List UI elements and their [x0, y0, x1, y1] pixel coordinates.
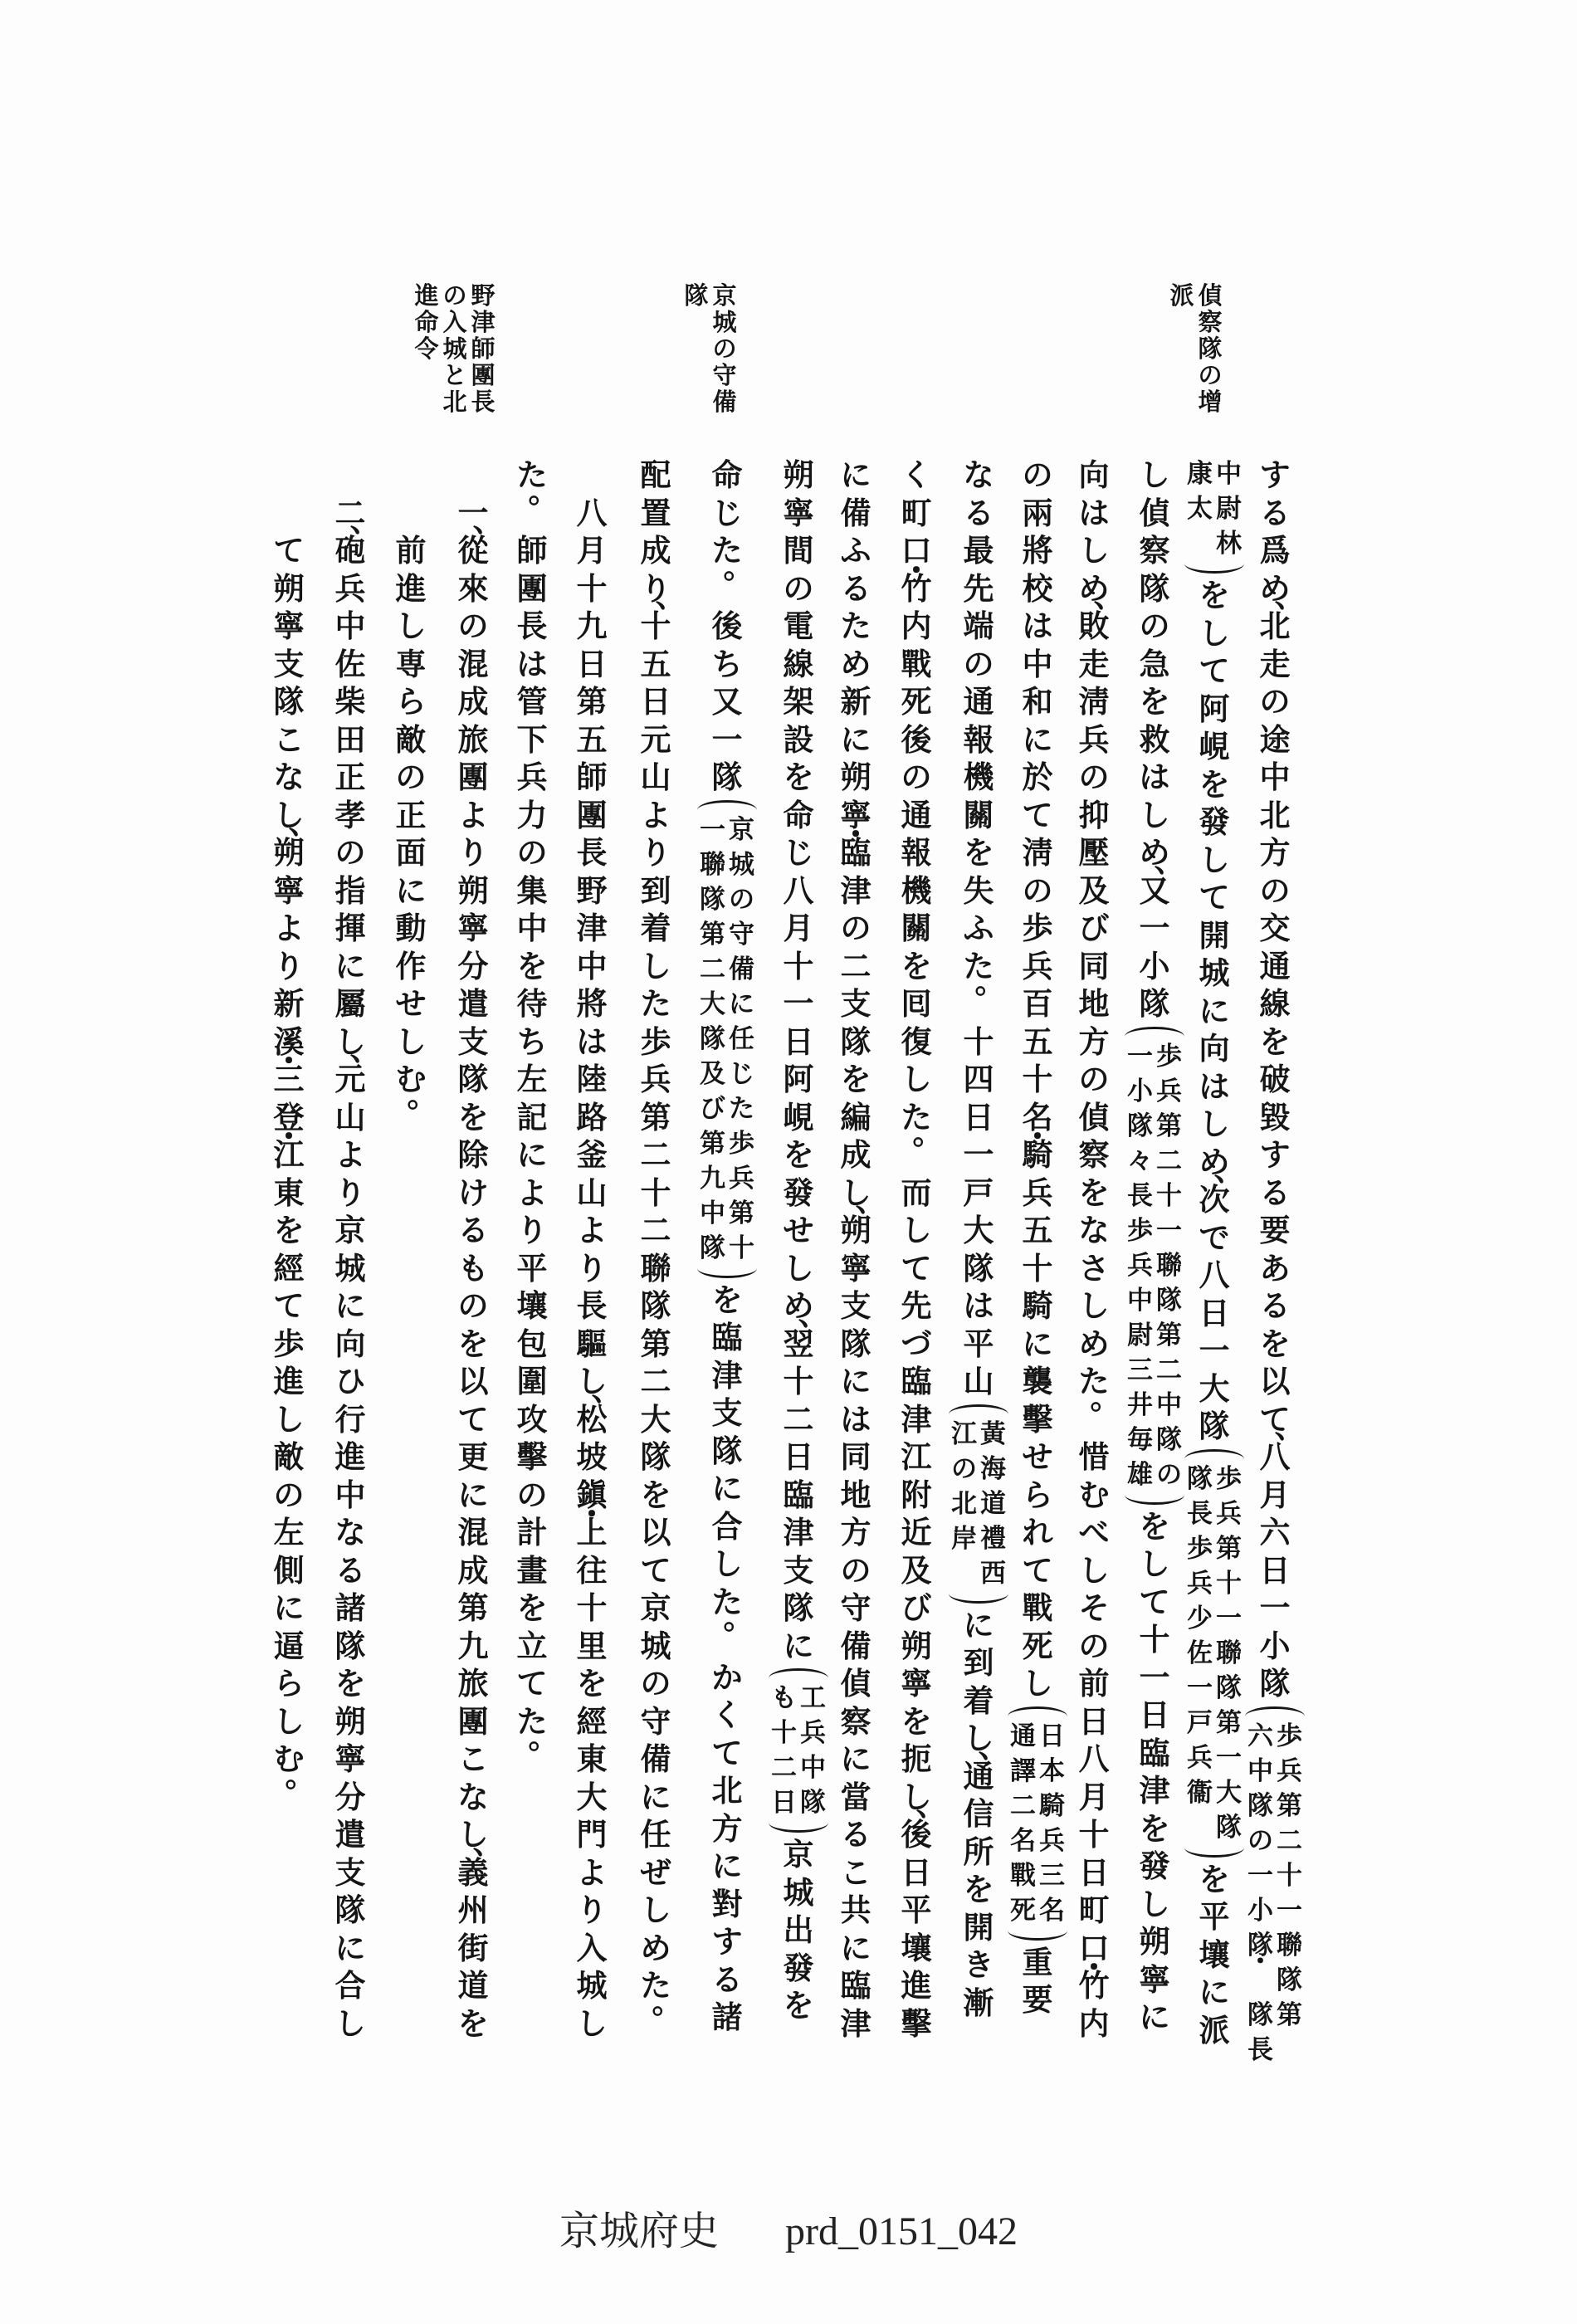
glyph: よ	[575, 1212, 608, 1250]
margin-heading-line: 進命令	[413, 282, 441, 415]
glyph: 備	[639, 1741, 672, 1779]
glyph: 經	[575, 1703, 608, 1741]
glyph: 町	[1077, 1892, 1111, 1930]
glyph: 一	[1138, 1659, 1171, 1697]
full-stop-mark: 。	[284, 1757, 317, 1795]
glyph: 隊	[1186, 1462, 1214, 1496]
glyph: 一	[1247, 1858, 1275, 1893]
glyph: 平	[515, 1250, 549, 1288]
glyph: 中	[1126, 1283, 1155, 1318]
glyph: 死	[1021, 1628, 1054, 1666]
glyph: 派	[1198, 2012, 1231, 2050]
glyph: 一	[962, 1136, 995, 1174]
margin-heading-line: 派	[1168, 282, 1196, 415]
glyph: 第	[575, 683, 608, 721]
glyph: 聯	[699, 847, 727, 882]
glyph: 長	[1186, 1496, 1214, 1531]
glyph: 命	[413, 309, 440, 335]
glyph: 譯	[1009, 1754, 1037, 1789]
glyph: 將	[1021, 532, 1054, 570]
glyph: 開	[1198, 917, 1231, 955]
glyph: 兵	[728, 1161, 756, 1196]
glyph: る	[839, 1816, 872, 1854]
glyph: 戸	[1186, 1706, 1214, 1741]
full-stop-mark: 。	[722, 1599, 755, 1638]
glyph: 江	[950, 1417, 979, 1452]
glyph: 阿	[782, 1061, 815, 1099]
glyph: 中	[515, 910, 549, 948]
glyph: 報	[900, 834, 933, 872]
glyph: の	[1155, 1457, 1184, 1492]
glyph: 東	[575, 1741, 608, 1779]
glyph: の	[456, 1287, 490, 1326]
glyph: 小	[1126, 1074, 1155, 1109]
margin-heading-line: 偵察隊の增	[1196, 282, 1224, 415]
glyph: 二	[1155, 1353, 1184, 1388]
glyph: の	[442, 282, 468, 309]
glyph: 中	[699, 1196, 727, 1231]
glyph: を	[962, 834, 995, 872]
glyph: し	[900, 1061, 933, 1099]
glyph: は	[575, 1023, 608, 1062]
glyph: 第	[639, 1099, 672, 1137]
glyph: 内	[1077, 2005, 1111, 2043]
glyph: 陸	[575, 1061, 608, 1099]
glyph: 通	[962, 683, 995, 721]
glyph: 兵	[1077, 721, 1111, 759]
body-text: し偵察隊の急を救はしめ、又一小隊	[1138, 456, 1171, 1023]
glyph: 臨	[900, 1363, 933, 1401]
glyph: 野	[470, 282, 496, 309]
glyph: 長	[515, 608, 549, 646]
glyph: 隊	[1247, 1789, 1275, 1824]
glyph: 井	[1126, 1388, 1155, 1423]
glyph: 報	[962, 721, 995, 759]
margin-heading-scout-reinforcement: 偵察隊の增 派	[1168, 282, 1224, 415]
glyph: 聯	[639, 1250, 672, 1288]
glyph: し	[639, 948, 672, 986]
glyph: 十	[1021, 1061, 1054, 1099]
glyph: 康	[1186, 456, 1214, 491]
glyph: 附	[900, 1477, 933, 1515]
full-stop-mark: 。	[911, 1115, 945, 1153]
glyph: 成	[456, 683, 490, 721]
glyph: て	[1198, 652, 1231, 691]
glyph: 峴	[782, 1099, 815, 1137]
glyph: 復	[900, 1023, 933, 1062]
glyph: 釜	[575, 1136, 608, 1174]
glyph: 共	[839, 1892, 872, 1930]
body-text: 京城出發を	[782, 1836, 815, 2025]
glyph: に	[1021, 721, 1054, 759]
glyph: 機	[900, 872, 933, 911]
glyph: 任	[639, 1816, 672, 1854]
glyph: 指	[334, 872, 367, 911]
glyph: 歩	[1215, 1462, 1243, 1496]
glyph: 朔	[900, 1628, 933, 1666]
glyph: 九	[575, 608, 608, 646]
glyph: 第	[1276, 1789, 1304, 1824]
glyph: は	[1021, 608, 1054, 646]
glyph: 着	[962, 1682, 995, 1721]
glyph: 中	[1258, 759, 1291, 797]
glyph: 發	[1198, 803, 1231, 842]
glyph: 隊	[699, 1231, 727, 1266]
glyph: を	[456, 1099, 490, 1137]
glyph: 通	[1258, 948, 1291, 986]
glyph: 津	[839, 872, 872, 911]
glyph: 偵	[1138, 495, 1171, 533]
annotation-line-right: 京城の守備に任じた歩兵第十	[727, 813, 756, 1266]
glyph: 後	[900, 721, 933, 759]
list-item-2-continuation: て朔寧支隊こなし、朔寧より新溪・三登・江東を經て歩進し敵の左側に逼らしむ。	[256, 532, 322, 1816]
glyph: 隊	[710, 1433, 744, 1471]
glyph: ち	[515, 1023, 549, 1062]
glyph: 偵	[1077, 1099, 1111, 1137]
glyph: 混	[456, 1514, 490, 1552]
glyph: 隊	[962, 1250, 995, 1288]
glyph: の	[962, 646, 995, 684]
glyph: を	[710, 1282, 744, 1320]
glyph: か	[710, 1659, 744, 1697]
glyph: 隊	[1215, 1671, 1243, 1706]
glyph: て	[1138, 1584, 1171, 1622]
glyph: の	[456, 608, 490, 646]
glyph: 歩	[1126, 1213, 1155, 1248]
glyph: し	[1198, 1106, 1231, 1144]
glyph: 二	[1009, 1789, 1037, 1824]
glyph: よ	[639, 797, 672, 835]
annotation-line-left: 隊長歩兵少佐一戸兵衞	[1185, 1462, 1214, 1845]
body-text: 重要	[1021, 1944, 1054, 2019]
glyph: に	[456, 1477, 490, 1515]
glyph: じ	[782, 834, 815, 872]
glyph: 死	[1009, 1893, 1037, 1928]
annotation-line-left: 通譯二名戰死	[1008, 1719, 1037, 1928]
glyph: ふ	[839, 532, 872, 570]
glyph: 第	[1155, 1318, 1184, 1353]
inline-annotation: 歩兵第十一聯隊第一大隊 隊長歩兵少佐一戸兵衞	[1184, 1449, 1244, 1858]
glyph: に	[710, 1470, 744, 1508]
glyph: 々	[1126, 1144, 1155, 1179]
body-text: を臨津支隊に合した。かくて北方に對する諸	[710, 1282, 744, 2037]
glyph: 兵	[1186, 1566, 1214, 1601]
glyph: 支	[272, 646, 305, 684]
glyph: 中	[1247, 1754, 1275, 1789]
glyph: を	[782, 1987, 815, 2025]
glyph: 衞	[1186, 1775, 1214, 1810]
glyph: 兵	[1038, 1824, 1067, 1858]
glyph: 八	[1198, 1257, 1231, 1295]
glyph: 月	[1077, 1779, 1111, 1817]
glyph: 側	[272, 1552, 305, 1590]
glyph: 架	[782, 683, 815, 721]
glyph: 津	[900, 1401, 933, 1439]
glyph: 黃	[979, 1417, 1008, 1452]
glyph: 平	[1198, 1898, 1231, 1936]
glyph: 偵	[839, 1665, 872, 1703]
glyph: 三	[1038, 1858, 1067, 1893]
glyph: に	[515, 1136, 549, 1174]
glyph: の	[1247, 1824, 1275, 1858]
glyph: 寧	[334, 1741, 367, 1779]
glyph: 而	[900, 1174, 933, 1213]
margin-heading-line: 京城の守備	[710, 282, 739, 415]
glyph: し	[1138, 1886, 1171, 1924]
text-column: の兩將校は中和に於て淸の歩兵百五十名・騎兵五十騎に襲擊せられて戰死し 日本騎兵三…	[1004, 456, 1071, 2019]
glyph: 偵	[1197, 282, 1223, 309]
document-page: 偵察隊の增 派 京城の守備 隊 野津師團長 の入城と北 進命令 する爲め、北走の…	[0, 0, 1577, 2324]
glyph: 二	[639, 1212, 672, 1250]
glyph: 置	[639, 495, 672, 533]
text-column: た。師團長は管下兵力の集中を待ち左記により平壤包圍攻擊の計畫を立てた。	[499, 456, 565, 1779]
glyph: 本	[1038, 1754, 1067, 1789]
glyph: じ	[728, 1057, 756, 1091]
glyph: 臨	[1138, 1735, 1171, 1773]
glyph: 團	[470, 362, 496, 388]
glyph: 入	[575, 1930, 608, 1968]
glyph: の	[1197, 362, 1223, 388]
glyph: さ	[1077, 1250, 1111, 1288]
glyph: を	[639, 1477, 672, 1515]
glyph: こ	[839, 1854, 872, 1892]
glyph: て	[272, 532, 305, 570]
glyph: 日	[1258, 1552, 1291, 1590]
text-column: に備ふるため新に朔寧・臨津の二支隊を編成し、朔寧支隊には同地方の守備偵察に當るこ…	[823, 456, 889, 2043]
glyph: 四	[962, 1061, 995, 1099]
glyph: の	[272, 1477, 305, 1515]
glyph: 一	[1198, 1332, 1231, 1370]
glyph: 隊	[1247, 1998, 1275, 2033]
glyph: 團	[575, 797, 608, 835]
glyph: 京	[334, 1212, 367, 1250]
glyph: を	[1258, 1326, 1291, 1364]
glyph: 兩	[1021, 495, 1054, 533]
glyph: の	[711, 335, 738, 362]
body-text: なる最先端の通報機關を失ふた。十四日一戸大隊は平山	[962, 456, 995, 1401]
glyph: の	[1077, 1628, 1111, 1666]
glyph: り	[272, 948, 305, 986]
glyph: 一	[1215, 1601, 1243, 1636]
glyph: 五	[575, 721, 608, 759]
glyph: 支	[334, 1854, 367, 1892]
full-stop-mark: 。	[1089, 1379, 1122, 1418]
inline-annotation: 京城の守備に任じた歩兵第十 一聯隊第二大隊及び第九中隊	[697, 800, 757, 1278]
body-text: て朔寧支隊こなし、朔寧より新溪・三登・江東を經て歩進し敵の左側に逼らしむ。	[272, 532, 305, 1816]
glyph: 下	[515, 721, 549, 759]
glyph: 十	[1155, 1179, 1184, 1213]
glyph: 日	[1198, 1295, 1231, 1333]
glyph: 進	[394, 570, 427, 608]
glyph: 逼	[272, 1628, 305, 1666]
body-text: する爲め、北走の途中北方の交通線を破毀する要あるを以て、八月六日一小隊	[1258, 456, 1291, 1703]
glyph: 隊	[839, 1023, 872, 1062]
glyph: た	[728, 1091, 756, 1126]
glyph: 及	[699, 1057, 727, 1091]
glyph: し	[1138, 1545, 1171, 1584]
glyph: 出	[782, 1911, 815, 1950]
glyph: 第	[699, 917, 727, 952]
glyph: 二	[782, 1401, 815, 1439]
glyph: 集	[515, 872, 549, 911]
glyph: 京	[782, 1836, 815, 1874]
glyph: 太	[1186, 491, 1214, 526]
glyph: 及	[900, 1552, 933, 1590]
glyph: 攻	[515, 1401, 549, 1439]
glyph: は	[515, 646, 549, 684]
glyph: り	[575, 1250, 608, 1288]
glyph: 淸	[1021, 834, 1054, 872]
glyph: 發	[782, 1174, 815, 1213]
glyph: す	[710, 1923, 744, 1961]
glyph: 津	[782, 1514, 815, 1552]
glyph: ぜ	[639, 1854, 672, 1892]
glyph: 團	[515, 570, 549, 608]
margin-heading-nozu-entry-and-northern-orders: 野津師團長 の入城と北 進命令	[413, 282, 497, 415]
glyph: る	[710, 1961, 744, 1999]
list-item-1: 一、從來の混成旅團より朔寧分遣支隊を除けるものを以て更に混成第九旅團こなし、義州…	[440, 495, 506, 2043]
glyph: 一	[782, 985, 815, 1023]
glyph: 及	[1077, 872, 1111, 911]
glyph: 察	[839, 1703, 872, 1741]
glyph: 小	[1247, 1893, 1275, 1928]
glyph: 十	[962, 1023, 995, 1062]
glyph: 八	[1077, 1741, 1111, 1779]
glyph: 里	[575, 1628, 608, 1666]
glyph: 左	[272, 1514, 305, 1552]
glyph: 線	[782, 646, 815, 684]
glyph: 元	[639, 721, 672, 759]
glyph: 途	[1258, 721, 1291, 759]
glyph: 禮	[979, 1521, 1008, 1556]
glyph: 日	[782, 1438, 815, 1477]
glyph: 歩	[1155, 1039, 1184, 1074]
glyph: し	[900, 1212, 933, 1250]
glyph: 朔	[272, 570, 305, 608]
glyph: 校	[1021, 570, 1054, 608]
glyph: 派	[1169, 282, 1195, 309]
glyph: 通	[900, 797, 933, 835]
glyph: 和	[1021, 683, 1054, 721]
glyph: と	[442, 362, 468, 388]
glyph: 山	[334, 1099, 367, 1137]
glyph: 遣	[334, 1816, 367, 1854]
full-stop-mark: 。	[974, 964, 1007, 1002]
glyph: め	[1077, 1326, 1111, 1364]
glyph: 最	[962, 532, 995, 570]
glyph: 以	[639, 1514, 672, 1552]
glyph: き	[962, 1946, 995, 1985]
glyph: 着	[639, 910, 672, 948]
glyph: 分	[456, 948, 490, 986]
glyph: 備	[728, 952, 756, 987]
glyph: に	[639, 1779, 672, 1817]
glyph: は	[1198, 1068, 1231, 1106]
glyph: 設	[782, 721, 815, 759]
glyph: 將	[575, 985, 608, 1023]
glyph: 臨	[710, 1319, 744, 1357]
glyph: 海	[979, 1452, 1008, 1487]
glyph: 同	[1077, 948, 1111, 986]
glyph: 道	[456, 1967, 490, 2005]
glyph: を	[1138, 683, 1171, 721]
glyph: 大	[1215, 1775, 1243, 1810]
glyph: 支	[782, 1552, 815, 1590]
glyph: 路	[575, 1099, 608, 1137]
glyph: 記	[515, 1099, 549, 1137]
glyph: 朔	[839, 759, 872, 797]
glyph: 日	[900, 1854, 933, 1892]
glyph: 力	[515, 797, 549, 835]
glyph: 一	[1186, 1671, 1214, 1706]
glyph: 兵	[799, 1716, 828, 1750]
body-text: をして十一日臨津を發し朔寧に	[1138, 1508, 1171, 2037]
glyph: 成	[456, 1552, 490, 1590]
glyph: 支	[839, 985, 872, 1023]
glyph: に	[1021, 1326, 1054, 1364]
glyph: 毀	[1258, 1099, 1291, 1137]
glyph: 察	[1077, 1136, 1111, 1174]
glyph: 兵	[1126, 1248, 1155, 1283]
body-text: 八月十九日第五師團長野津中將は陸路釜山より長驅し、松坡鎭・上往十里を經東大門より…	[575, 495, 608, 2043]
glyph: 察	[1138, 532, 1171, 570]
glyph: 進	[272, 1363, 305, 1401]
glyph: の	[839, 1552, 872, 1590]
glyph: 以	[456, 1363, 490, 1401]
glyph: 孝	[334, 797, 367, 835]
glyph: 坡	[575, 1438, 608, 1477]
glyph: る	[962, 495, 995, 533]
glyph: 走	[1258, 646, 1291, 684]
glyph: 隊	[710, 759, 744, 797]
annotation-line-left: 一聯隊第二大隊及び第九中隊	[698, 813, 727, 1266]
glyph: じ	[710, 495, 744, 533]
glyph: 名	[1009, 1824, 1037, 1858]
glyph: 方	[1077, 1023, 1111, 1062]
glyph: 八	[575, 495, 608, 533]
glyph: に	[710, 1848, 744, 1886]
glyph: 成	[839, 1136, 872, 1174]
glyph: に	[272, 1589, 305, 1628]
glyph: 惜	[1077, 1438, 1111, 1477]
glyph: を	[1138, 1810, 1171, 1848]
glyph: な	[962, 456, 995, 495]
glyph: そ	[1077, 1589, 1111, 1628]
glyph: 中	[334, 608, 367, 646]
glyph: に	[839, 456, 872, 495]
glyph: 柴	[334, 683, 367, 721]
text-column: なる最先端の通報機關を失ふた。十四日一戸大隊は平山 黃海道禮西 江の北岸 に到着…	[945, 456, 1012, 2022]
list-item-1-continuation: 前進し専ら敵の正面に動作せしむ。	[378, 532, 444, 1136]
annotation-line-right: 中尉林	[1214, 456, 1243, 561]
glyph: 擊	[1021, 1401, 1054, 1439]
glyph: 歩	[728, 1126, 756, 1161]
glyph: 團	[456, 759, 490, 797]
glyph: 六	[1258, 1514, 1291, 1552]
glyph: に	[839, 1741, 872, 1779]
glyph: て	[456, 1401, 490, 1439]
glyph: 津	[839, 2005, 872, 2043]
glyph: 新	[839, 683, 872, 721]
glyph: め	[639, 1930, 672, 1968]
glyph: 日	[962, 1099, 995, 1137]
glyph: 行	[334, 1401, 367, 1439]
margin-heading-line: 隊	[682, 282, 710, 415]
glyph: こ	[272, 721, 305, 759]
glyph: 十	[1021, 1250, 1054, 1288]
body-text: 二、砲兵中佐柴田正孝の指揮に屬し、元山より京城に向ひ行進中なる諸隊を朔寧分遣支隊…	[334, 495, 367, 2043]
text-column: 向はしめ、敗走淸兵の抑壓及び同地方の偵察をなさしめた。惜むべしその前日八月十日町…	[1061, 456, 1127, 2043]
